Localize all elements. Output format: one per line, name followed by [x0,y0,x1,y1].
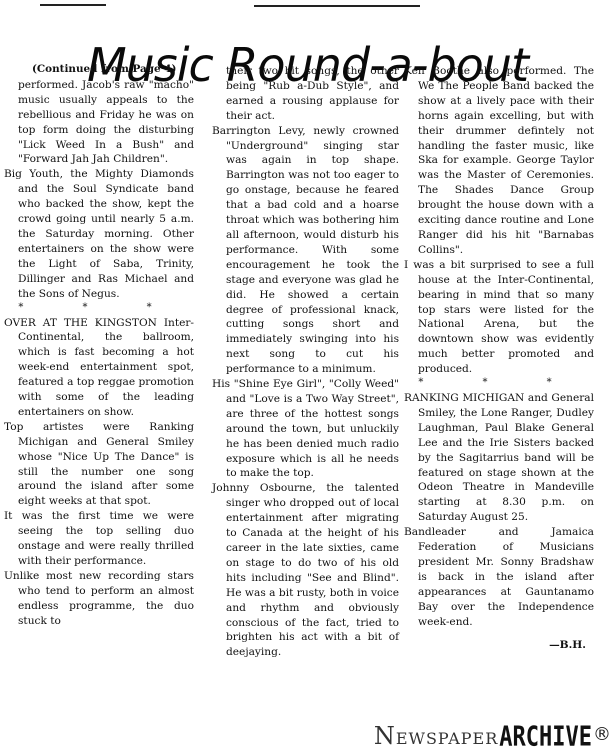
paragraph: Big Youth, the Mighty Diamonds and the S… [4,167,194,301]
watermark-initial: N [374,722,396,750]
paragraph: Barrington Levy, newly crowned "Undergro… [212,124,399,377]
top-rule-right [254,5,420,7]
paragraph: Unlike most new recording stars who tend… [4,569,194,629]
paragraph: His "Shine Eye Girl", "Colly Weed" and "… [212,377,399,481]
paragraph: Top artistes were Ranking Michigan and G… [4,420,194,509]
watermark-news-text: EWSPAPER [396,729,498,748]
newspaperarchive-watermark: NEWSPAPER ARCHIVE ® [374,722,611,750]
top-rule-left [40,4,106,6]
paragraph: RANKING MICHIGAN and General Smiley, the… [404,391,594,525]
paragraph: OVER AT THE KINGSTON Inter-Continental, … [4,316,194,420]
article-column-2: their two hit songs, the other being "Ru… [212,64,399,660]
paragraph: performed. Jacob's raw "macho" music usu… [4,78,194,167]
watermark-archive: ARCHIVE [499,722,592,752]
watermark-newspaper: NEWSPAPER [374,722,498,750]
registered-trademark-icon: ® [593,724,611,745]
paragraph: It was the first time we were seeing the… [4,509,194,569]
continued-from-label: (Continued from Page 4) [4,62,194,77]
paragraph: I was a bit surprised to see a full hous… [404,258,594,377]
section-separator: * * * [4,302,194,314]
article-column-1: (Continued from Page 4) performed. Jacob… [4,62,194,629]
article-column-3: Ken Boothe also performed. The We The Pe… [404,64,594,652]
paragraph: Bandleader and Jamaica Federation of Mus… [404,525,594,629]
paragraph: Johnny Osbourne, the talented singer who… [212,481,399,660]
paragraph: their two hit songs, the other being "Ru… [212,64,399,124]
section-separator: * * * [404,377,594,389]
paragraph: Ken Boothe also performed. The We The Pe… [404,64,594,258]
byline: —B.H. [404,638,594,653]
